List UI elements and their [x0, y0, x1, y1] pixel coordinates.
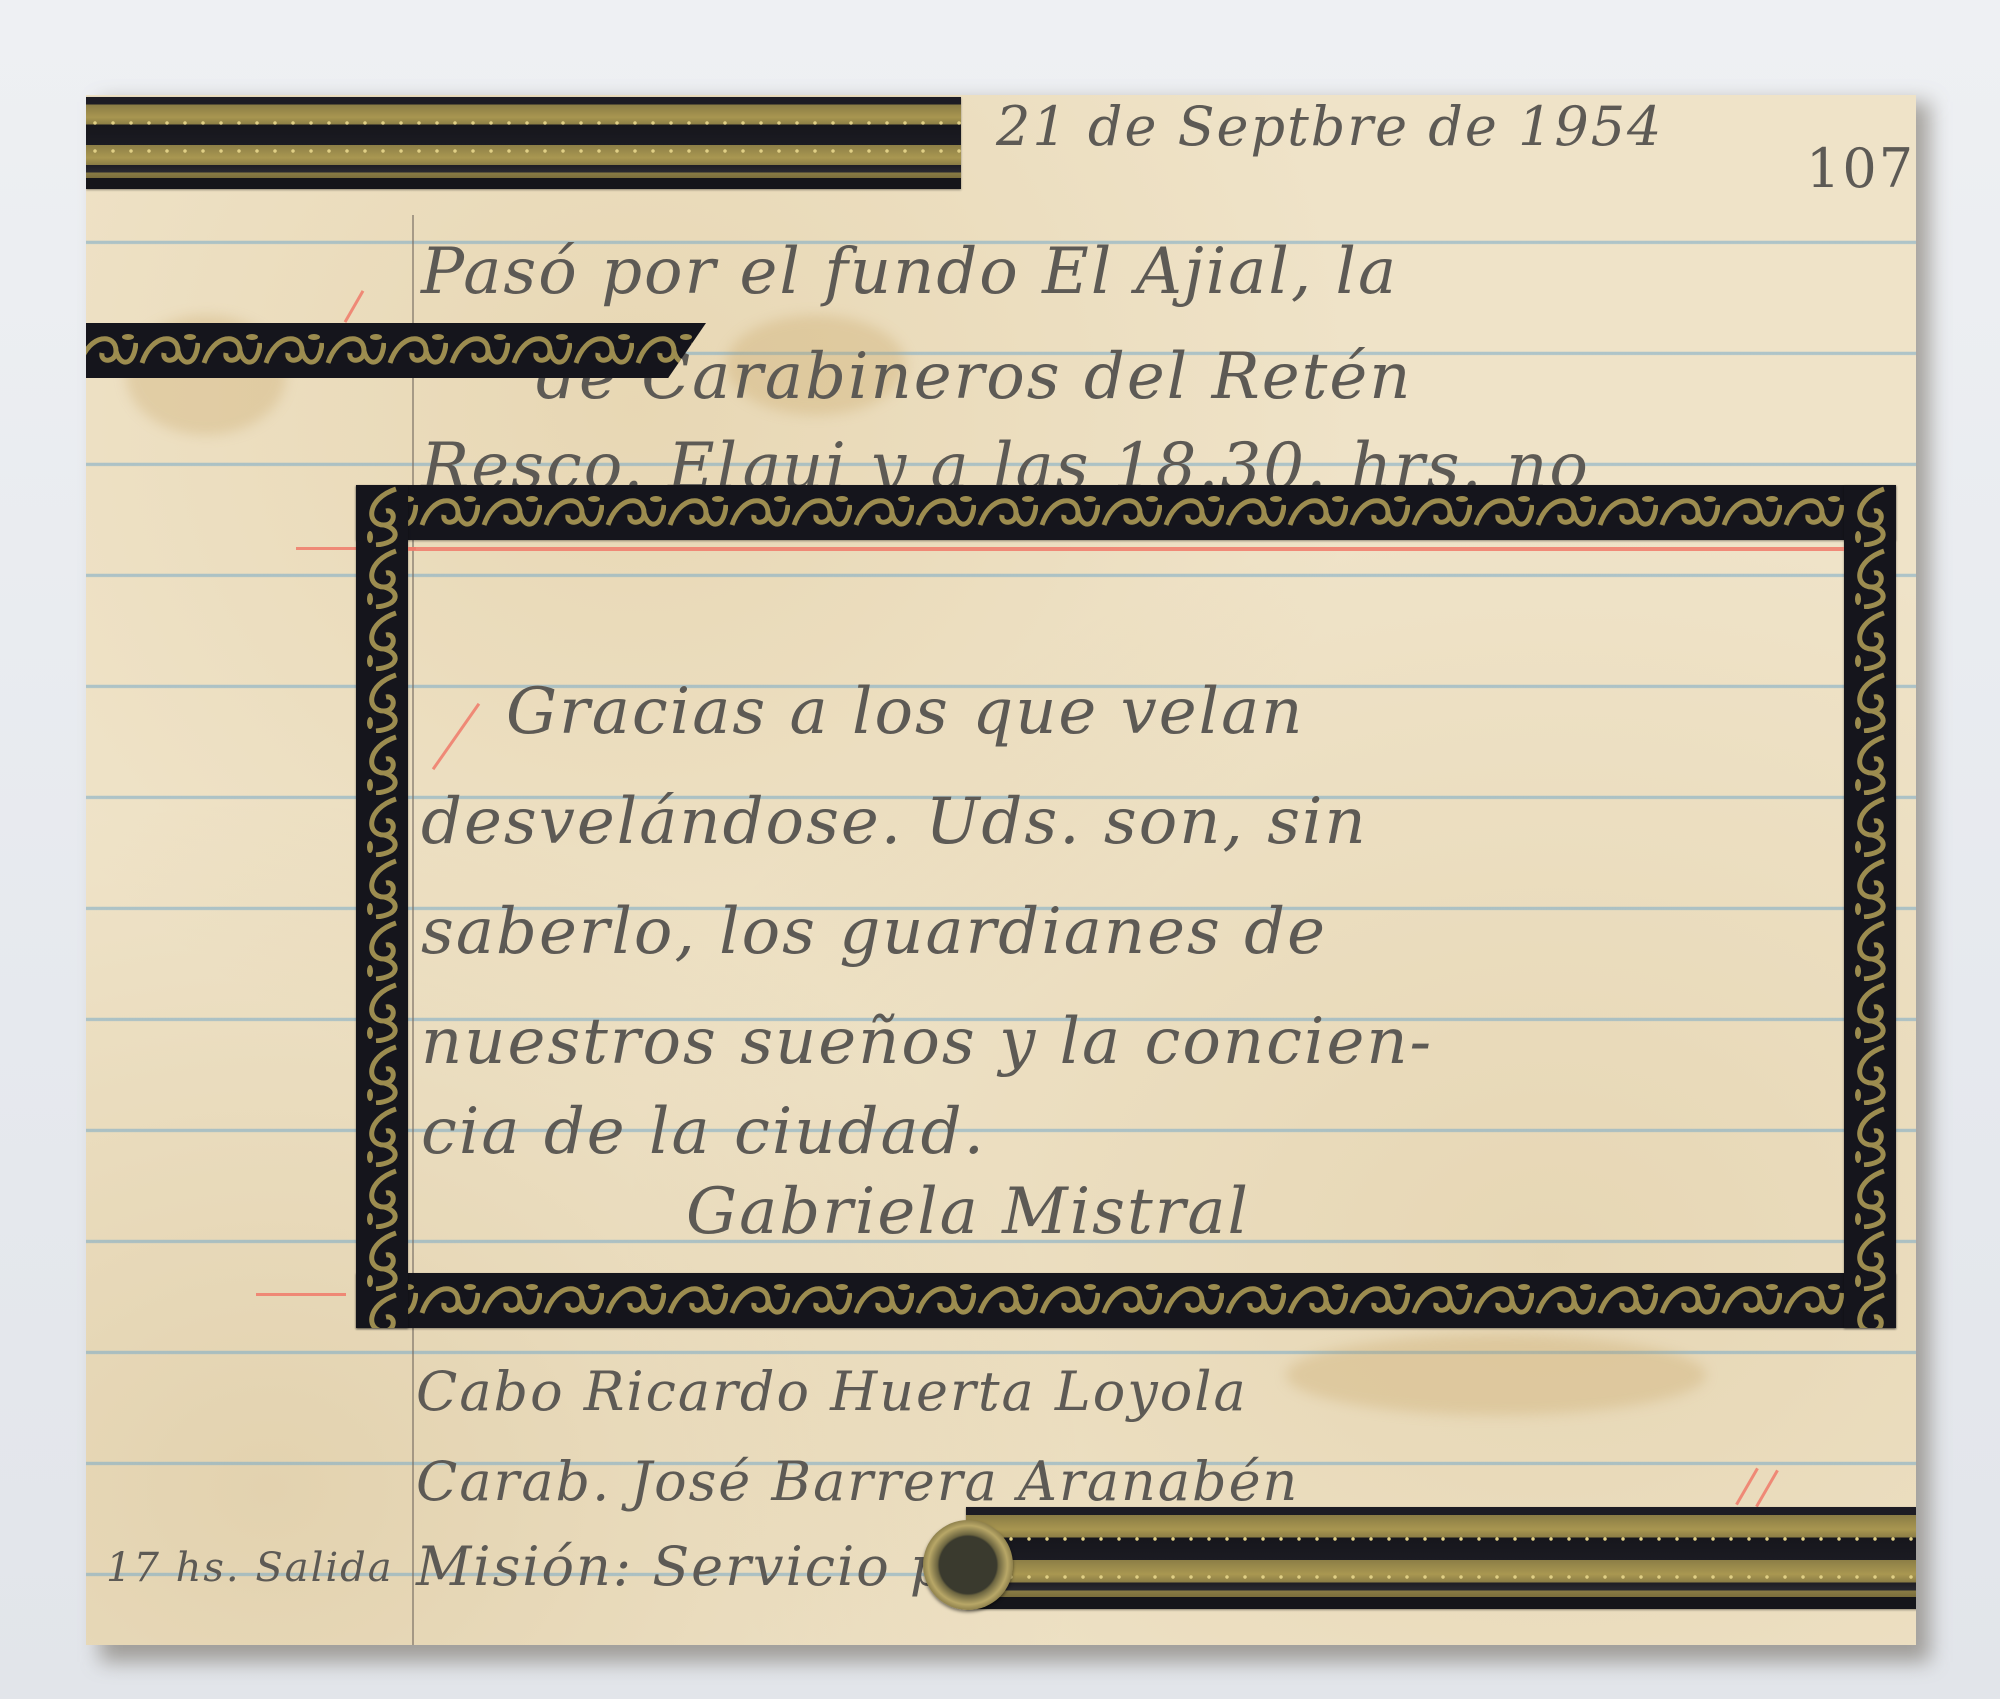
scroll-pattern [1844, 485, 1896, 1328]
scroll-pattern [86, 323, 706, 378]
note-line-1: Gracias a los que velan [506, 675, 1305, 749]
note-line-3: saberlo, los guardianes de [421, 895, 1327, 969]
page-number: 107 [1806, 137, 1915, 200]
personnel-2: Carab. José Barrera Aranabén [416, 1450, 1299, 1513]
note-line-2: desvelándose. Uds. son, sin [421, 785, 1368, 859]
scroll-pattern [356, 485, 1896, 540]
scroll-pattern [356, 1273, 1896, 1328]
frame-left [356, 485, 408, 1328]
margin-line [412, 215, 414, 1645]
note-line-4: nuestros sueños y la concien- [421, 1005, 1433, 1079]
entry-date: 21 de Septbre de 1954 [996, 95, 1663, 158]
frame-right [1844, 485, 1896, 1328]
red-rule-mark [256, 1293, 346, 1296]
water-stain [1286, 1335, 1706, 1415]
personnel-1: Cabo Ricardo Huerta Loyola [416, 1360, 1248, 1423]
braid-ribbon-top [86, 97, 961, 189]
note-signature: Gabriela Mistral [686, 1175, 1250, 1249]
departure-time-note: 17 hs. Salida [106, 1545, 394, 1591]
scroll-pattern [356, 485, 408, 1328]
note-line-5: cia de la ciudad. [421, 1095, 986, 1169]
entry-line-1: Pasó por el fundo El Ajial, la [421, 235, 1398, 309]
frame-bottom [356, 1273, 1896, 1328]
frame-top [356, 485, 1896, 540]
logbook-page: 21 de Septbre de 1954 107 Pasó por el fu… [86, 95, 1916, 1645]
gold-seal-icon [923, 1520, 1013, 1610]
scroll-ribbon-left [86, 323, 706, 378]
red-rule-line [408, 547, 1844, 551]
braid-ribbon-bottom [966, 1507, 1916, 1609]
